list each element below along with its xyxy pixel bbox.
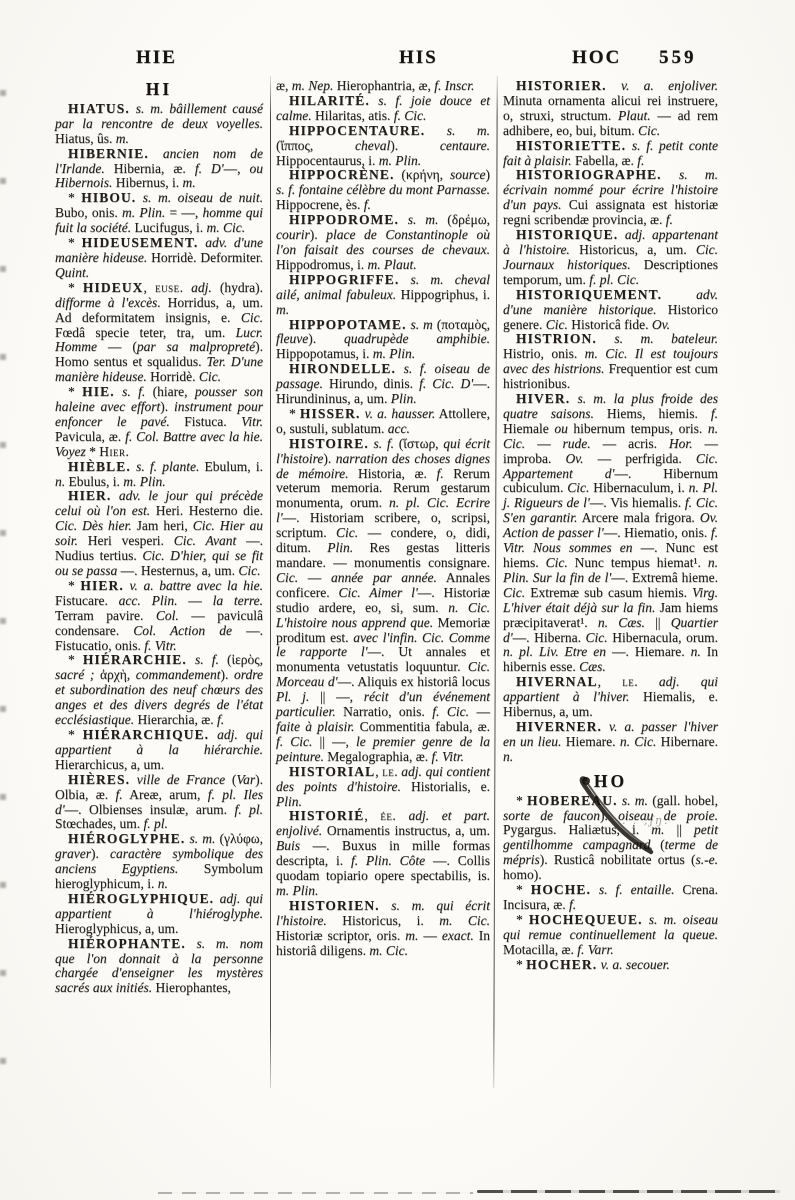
entry-hiatus: HIATUS. s. m. bâillement causé par la re… <box>55 102 263 147</box>
entry-historier: HISTORIER. v. a. enjoliver. Minuta ornam… <box>503 79 718 139</box>
running-head-left: HIE <box>136 47 177 71</box>
entry-hochequeue: * HOCHEQUEUE. s. m. oiseau qui remue con… <box>503 913 718 958</box>
entry-hierarchie: * HIÉRARCHIE. s. f. (ἱερὸς, sacré ; ἀρχὴ… <box>55 653 263 728</box>
entry-histrion: HISTRION. s. m. bateleur. Histrio, onis.… <box>503 332 718 392</box>
entry-hivernal: HIVERNAL, le. adj. qui appartient à l'hi… <box>503 675 718 720</box>
entry-hieble: HIÈBLE. s. f. plante. Ebulum, i. n. Ebul… <box>55 460 263 490</box>
entry-historique: HISTORIQUE. adj. appartenant à l'histoir… <box>503 228 718 288</box>
entry-hobereau: * HOBEREAU. s. m. (gall. hobel, sorte de… <box>503 794 718 883</box>
column-left: HIHIATUS. s. m. bâillement causé par la … <box>55 79 263 996</box>
entry-hoche: * HOCHE. s. f. entaille. Crena. Incisura… <box>503 883 718 913</box>
page-edge-showthrough <box>0 90 6 1070</box>
entry-hier-adv: HIER. adv. le jour qui précède celui où … <box>55 489 263 578</box>
entry-hieroglyphe: HIÉROGLYPHE. s. m. (γλύφω, graver). cara… <box>55 832 263 892</box>
dictionary-page-scan: HIE HIS HOC 559 HIHIATUS. s. m. bâilleme… <box>0 0 795 1200</box>
entry-hideux: * HIDEUX, euse. adj. (hydra). difforme à… <box>55 281 263 385</box>
entry-hippopotame: HIPPOPOTAME. s. m (ποταμὸς, fleuve). qua… <box>276 318 490 363</box>
entry-hierophante-suite: æ, m. Nep. Hierophantria, æ, f. Inscr. <box>276 79 490 94</box>
entry-hier-verbe: * HIER. v. a. battre avec la hie. Fistuc… <box>55 579 263 654</box>
entry-historiographe: HISTORIOGRAPHE. s. m. écrivain nommé pou… <box>503 168 718 228</box>
entry-hippocrene: HIPPOCRÈNE. (κρήνη, source) s. f. fontai… <box>276 168 490 213</box>
column-middle: æ, m. Nep. Hierophantria, æ, f. Inscr.HI… <box>276 79 490 958</box>
section-heading-ho: HO <box>503 774 718 789</box>
entry-hibou: * HIBOU. s. m. oiseau de nuit. Bubo, oni… <box>55 191 263 236</box>
entry-hie: * HIE. s. f. (hiare, pousser son haleine… <box>55 385 263 460</box>
entry-hieroglyphique: HIÉROGLYPHIQUE. adj. qui appartient à l'… <box>55 892 263 937</box>
page-number: 559 <box>659 47 697 71</box>
section-heading-hi: HI <box>55 82 263 97</box>
column-divider-left <box>270 76 271 1088</box>
entry-historiette: HISTORIETTE. s. f. petit conte fait à pl… <box>503 139 718 169</box>
entry-hippodrome: HIPPODROME. s. m. (δρέμω, courir). place… <box>276 213 490 273</box>
entry-hocher: * HOCHER. v. a. secouer. <box>503 958 718 973</box>
scan-edge-artifact-dark <box>477 1190 780 1193</box>
entry-hippogriffe: HIPPOGRIFFE. s. m. cheval ailé, animal f… <box>276 273 490 318</box>
column-divider-right <box>493 76 498 1088</box>
column-right: HISTORIER. v. a. enjoliver. Minuta ornam… <box>503 79 718 972</box>
entry-historiquement: HISTORIQUEMENT. adv. d'une manière histo… <box>503 288 718 333</box>
entry-hierophante: HIÉROPHANTE. s. m. nom que l'on donnait … <box>55 937 263 997</box>
entry-hieres: HIÈRES. ville de France (Var). Olbia, æ.… <box>55 773 263 833</box>
running-head-center: HIS <box>399 47 438 71</box>
entry-hiver: HIVER. s. m. la plus froide des quatre s… <box>503 392 718 675</box>
entry-historien: HISTORIEN. s. m. qui écrit l'histoire. H… <box>276 899 490 959</box>
entry-historie: HISTORIÉ, ée. adj. et part. enjolivé. Or… <box>276 809 490 898</box>
entry-historial: HISTORIAL, le. adj. qui contient des poi… <box>276 765 490 810</box>
entry-hierarchique: * HIÉRARCHIQUE. adj. qui appartient à la… <box>55 728 263 773</box>
entry-hirondelle: HIRONDELLE. s. f. oiseau de passage. Hir… <box>276 362 490 407</box>
entry-hilarite: HILARITÉ. s. f. joie douce et calme. Hil… <box>276 94 490 124</box>
entry-histoire: HISTOIRE. s. f. (ἵστωρ, qui écrit l'hist… <box>276 437 490 765</box>
entry-hisser: * HISSER. v. a. hausser. Attollere, o, s… <box>276 407 490 437</box>
entry-hippocentaure: HIPPOCENTAURE. s. m. (ἵππος, cheval). ce… <box>276 124 490 169</box>
entry-hibernie: HIBERNIE. ancien nom de l'Irlande. Hiber… <box>55 147 263 192</box>
entry-hiverner: HIVERNER. v. a. passer l'hiver en un lie… <box>503 720 718 765</box>
entry-hideusement: * HIDEUSEMENT. adv. d'une manière hideus… <box>55 236 263 281</box>
scan-edge-artifact-light <box>158 1192 473 1194</box>
running-head-right: HOC <box>572 47 621 71</box>
